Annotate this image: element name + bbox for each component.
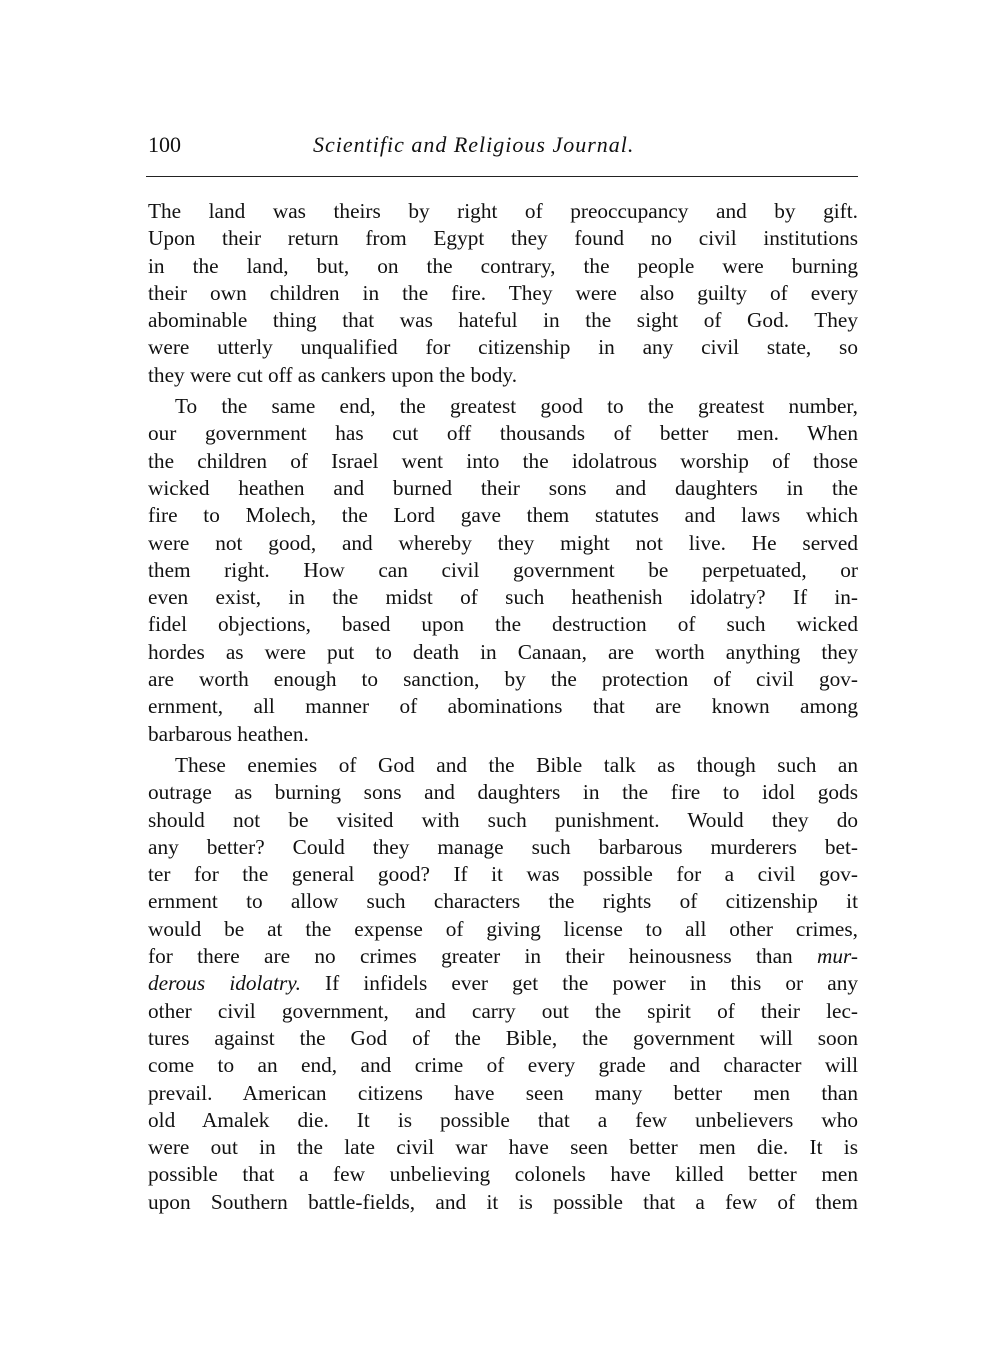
text-line: The land was theirs by right of preoccup… [148,198,858,225]
text-line: other civil government, and carry out th… [148,998,858,1025]
text-line: To the same end, the greatest good to th… [148,393,858,420]
text-line: any better? Could they manage such barba… [148,834,858,861]
text-span: If infidels ever get the power in this o… [325,971,858,995]
text-line: prevail. American citizens have seen man… [148,1080,858,1107]
text-line: These enemies of God and the Bible talk … [148,752,858,779]
text-line: should not be visited with such punishme… [148,807,858,834]
text-line: barbarous heathen. [148,721,858,748]
text-line: they were cut off as cankers upon the bo… [148,362,858,389]
text-line: were out in the late civil war have seen… [148,1134,858,1161]
running-title: Scientific and Religious Journal. [313,132,634,158]
text-line: come to an end, and crime of every grade… [148,1052,858,1079]
text-line: tures against the God of the Bible, the … [148,1025,858,1052]
paragraph-3: These enemies of God and the Bible talk … [148,752,858,1216]
text-line: fire to Molech, the Lord gave them statu… [148,502,858,529]
text-line-with-italic: derous idolatry. If infidels ever get th… [148,970,858,997]
text-line: fidel objections, based upon the destruc… [148,611,858,638]
text-line: would be at the expense of giving licens… [148,916,858,943]
text-line: even exist, in the midst of such heathen… [148,584,858,611]
document-page: 100 Scientific and Religious Journal. Th… [0,0,1000,1371]
text-line: were utterly unqualified for citizenship… [148,334,858,361]
text-line: our government has cut off thousands of … [148,420,858,447]
italic-text: derous idolatry. [148,971,301,995]
text-line: are worth enough to sanction, by the pro… [148,666,858,693]
text-line: possible that a few unbelieving colonels… [148,1161,858,1188]
paragraph-1: The land was theirs by right of preoccup… [148,198,858,389]
text-line: the children of Israel went into the ido… [148,448,858,475]
text-span: for there are no crimes greater in their… [148,944,793,968]
page-header: 100 Scientific and Religious Journal. [148,132,858,162]
header-rule [146,176,858,177]
text-line: old Amalek die. It is possible that a fe… [148,1107,858,1134]
text-line: hordes as were put to death in Canaan, a… [148,639,858,666]
text-line: ter for the general good? If it was poss… [148,861,858,888]
text-line: abominable thing that was hateful in the… [148,307,858,334]
italic-text: mur- [817,944,858,968]
body-text: The land was theirs by right of preoccup… [148,198,858,1216]
text-line: ernment to allow such characters the rig… [148,888,858,915]
text-line: Upon their return from Egypt they found … [148,225,858,252]
text-line: were not good, and whereby they might no… [148,530,858,557]
text-line: wicked heathen and burned their sons and… [148,475,858,502]
paragraph-2: To the same end, the greatest good to th… [148,393,858,748]
text-line: them right. How can civil government be … [148,557,858,584]
text-line: their own children in the fire. They wer… [148,280,858,307]
text-line-with-italic: for there are no crimes greater in their… [148,943,858,970]
text-line: outrage as burning sons and daughters in… [148,779,858,806]
page-number: 100 [148,132,181,158]
text-line: ernment, all manner of abominations that… [148,693,858,720]
text-line: upon Southern battle-fields, and it is p… [148,1189,858,1216]
text-line: in the land, but, on the contrary, the p… [148,253,858,280]
